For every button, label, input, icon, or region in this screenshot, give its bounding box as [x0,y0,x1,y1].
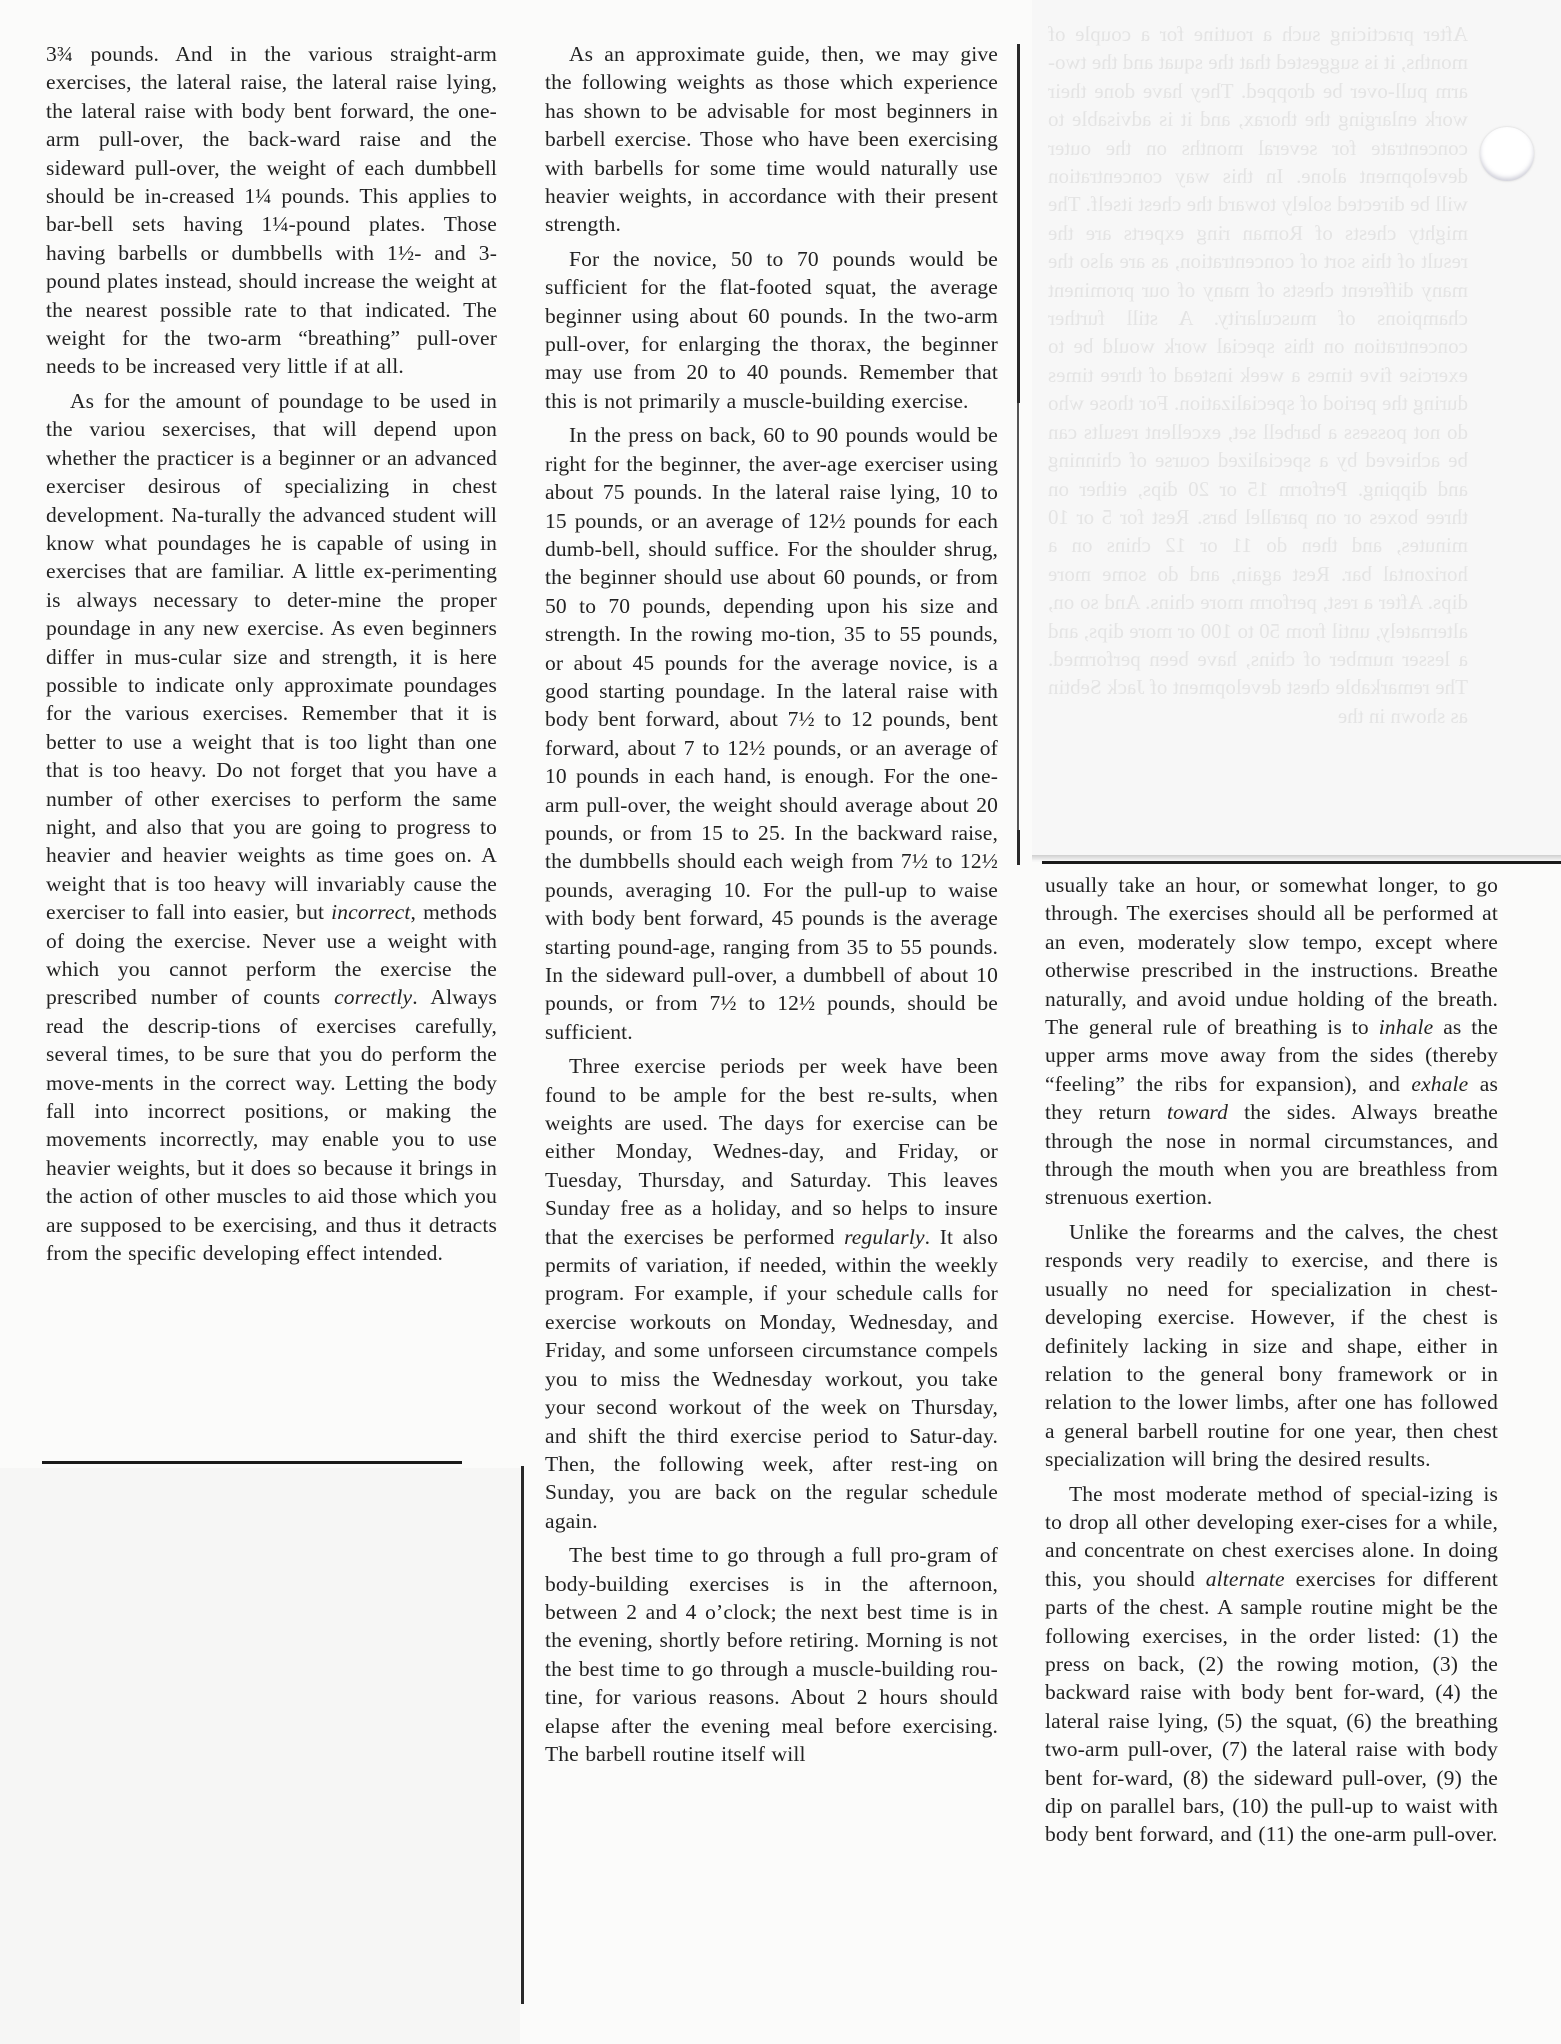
faded-overlay-page: After practicing such a routine for a co… [1032,0,1561,862]
paragraph: The best time to go through a full pro-g… [545,1541,998,1768]
column-2-mid-rule [1017,403,1019,853]
column-1-end-rule [42,1461,462,1464]
paragraph: As for the amount of poundage to be used… [46,387,497,1268]
bleed-through-text: After practicing such a routine for a co… [1048,20,1468,730]
blank-paper-region [0,1468,520,2044]
paragraph: The most moderate method of special-izin… [1045,1480,1498,1849]
paragraph: Unlike the forearms and the calves, the … [1045,1218,1498,1474]
text-column-2: As an approximate guide, then, we may gi… [545,40,998,1774]
paragraph: Three exercise periods per week have bee… [545,1052,998,1535]
paragraph: usually take an hour, or somewhat longer… [1045,871,1498,1212]
text-column-1: 3¾ pounds. And in the various straight-a… [46,40,497,1273]
paragraph: As an approximate guide, then, we may gi… [545,40,998,239]
overlay-left-edge [1017,830,1020,865]
paragraph: 3¾ pounds. And in the various straight-a… [46,40,497,381]
column-2-bottom-rule [521,1466,524,2004]
column-3-top-rule [1042,861,1561,864]
text-column-3: usually take an hour, or somewhat longer… [1045,871,1498,1855]
column-2-top-rule [1017,44,1020,403]
punch-hole-icon [1480,127,1534,181]
paragraph: In the press on back, 60 to 90 pounds wo… [545,421,998,1046]
paragraph: For the novice, 50 to 70 pounds would be… [545,245,998,415]
